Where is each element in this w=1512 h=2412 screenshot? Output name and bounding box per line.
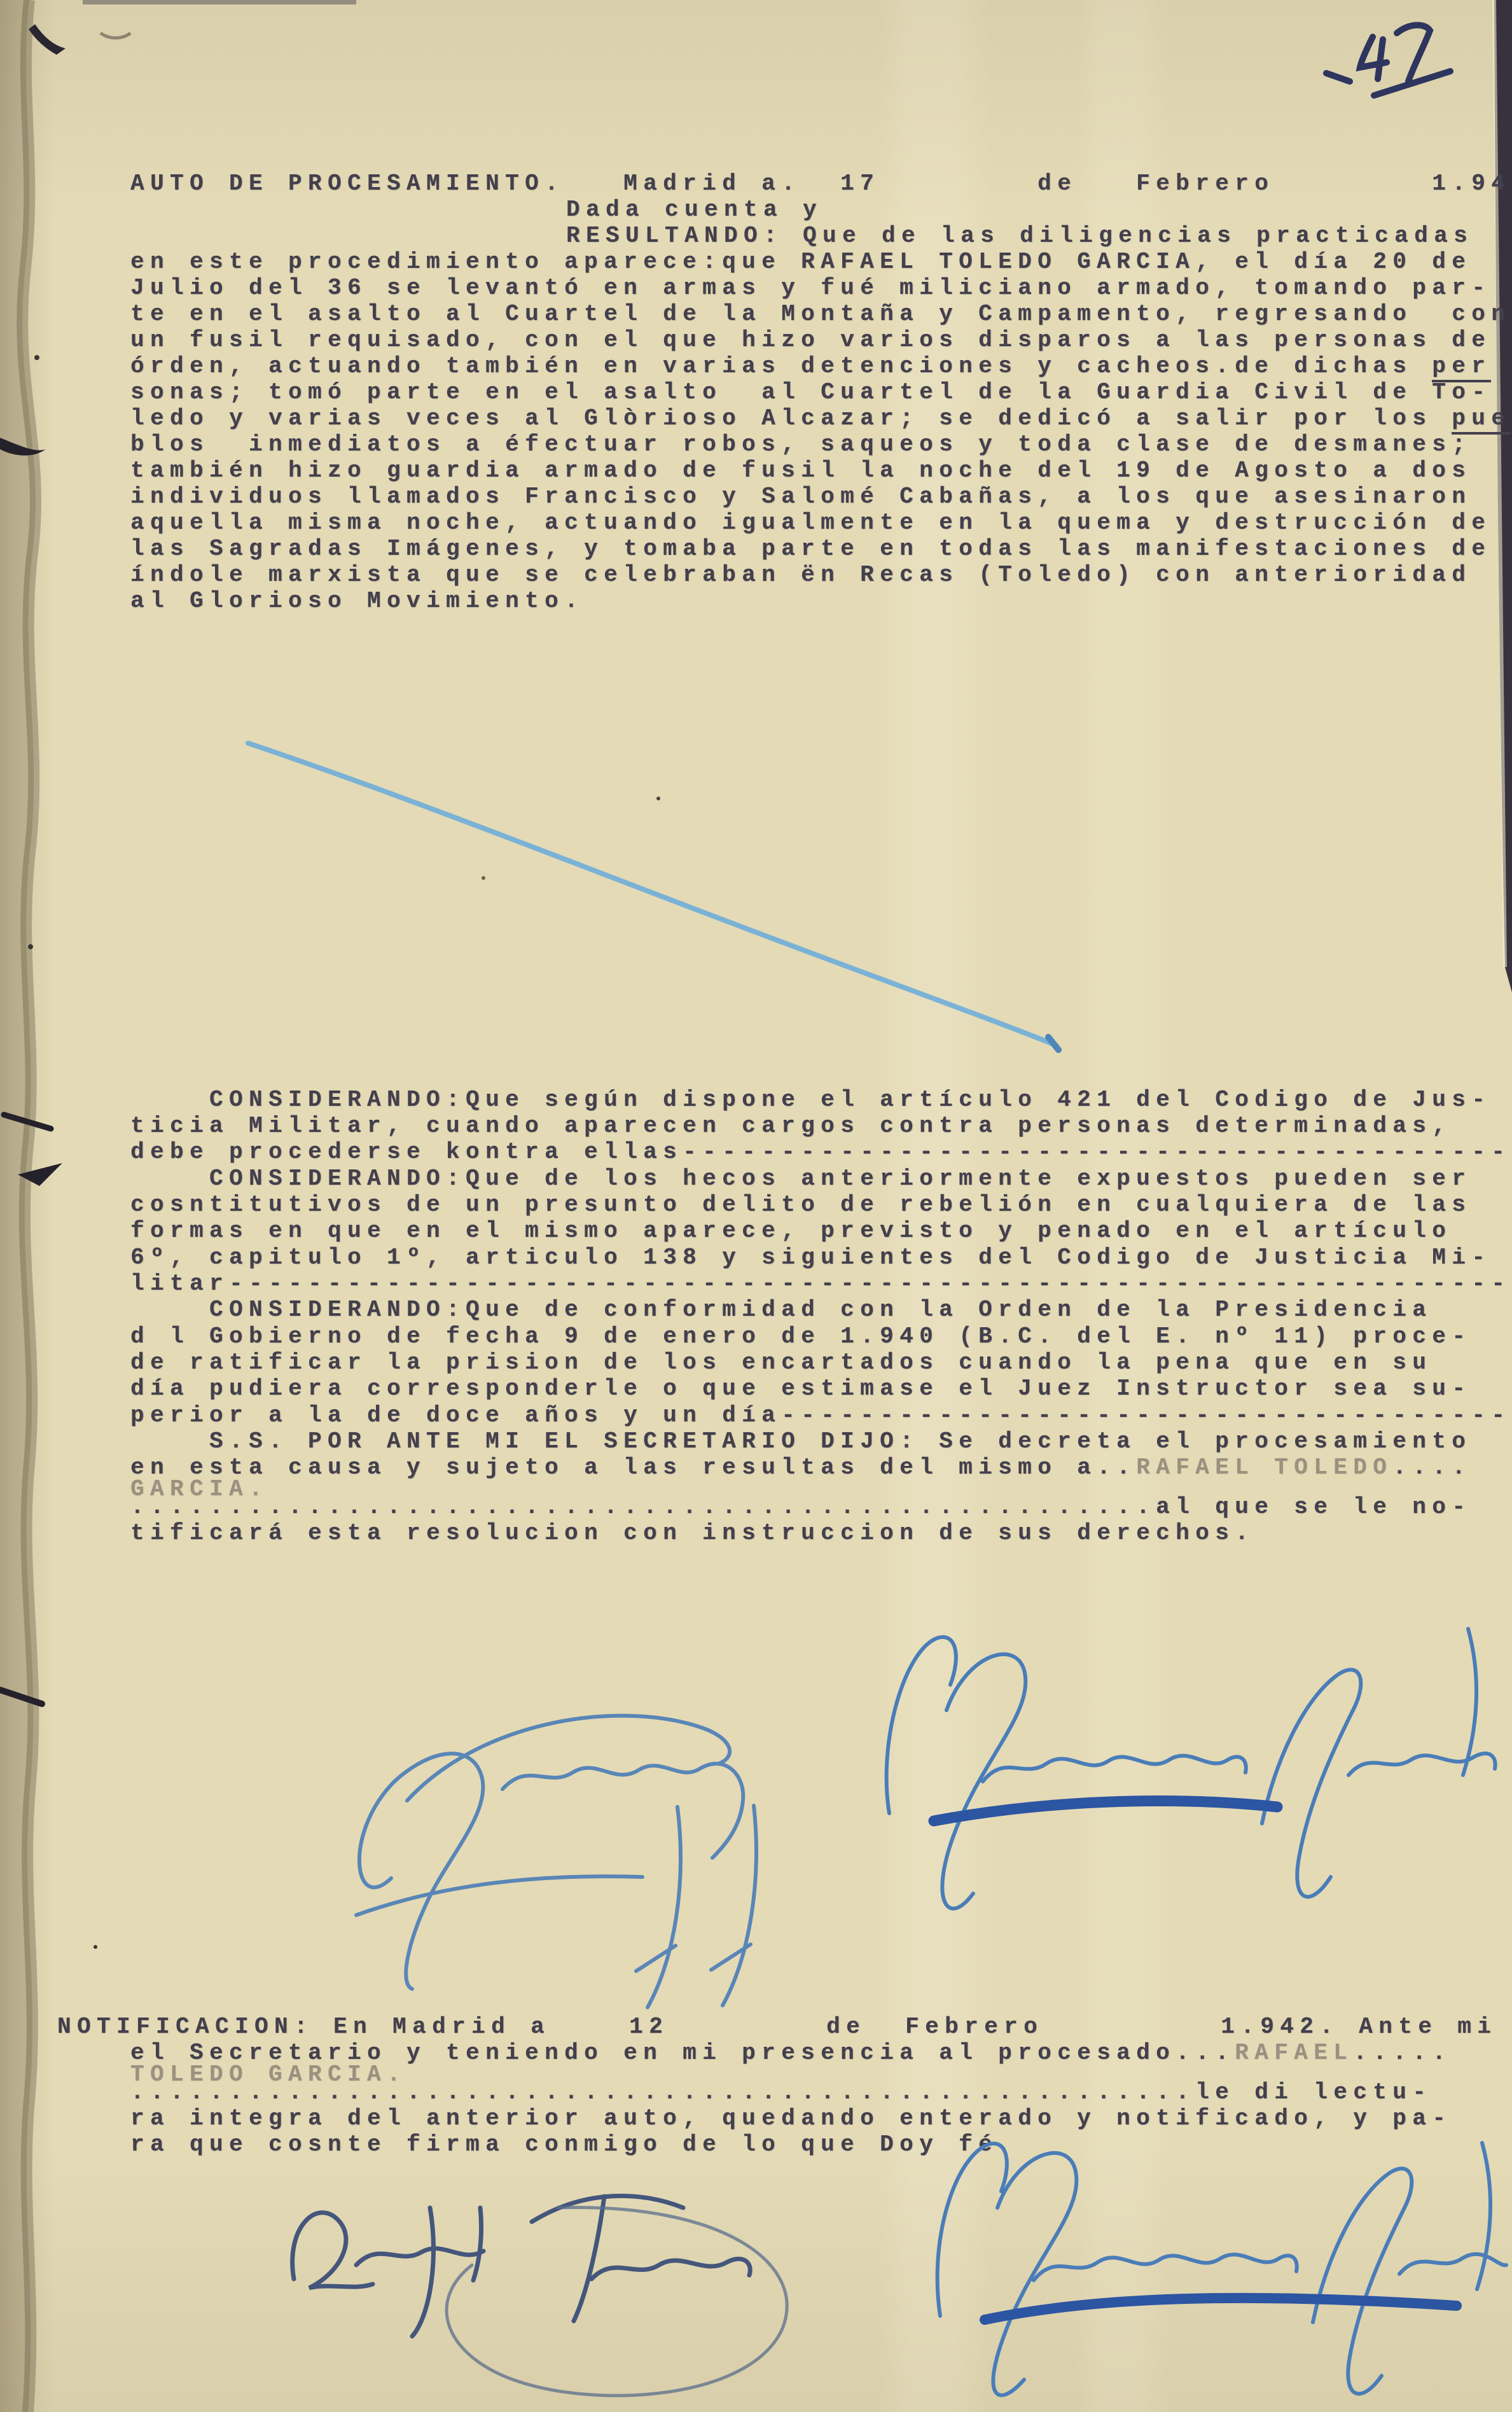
bottom-right-signature [0, 0, 1512, 2412]
scanned-document-page: 47 AUTO DE PROCESAMIENTO. Madrid a. 17 d… [0, 0, 1512, 2412]
signature-underline [985, 2298, 1457, 2320]
